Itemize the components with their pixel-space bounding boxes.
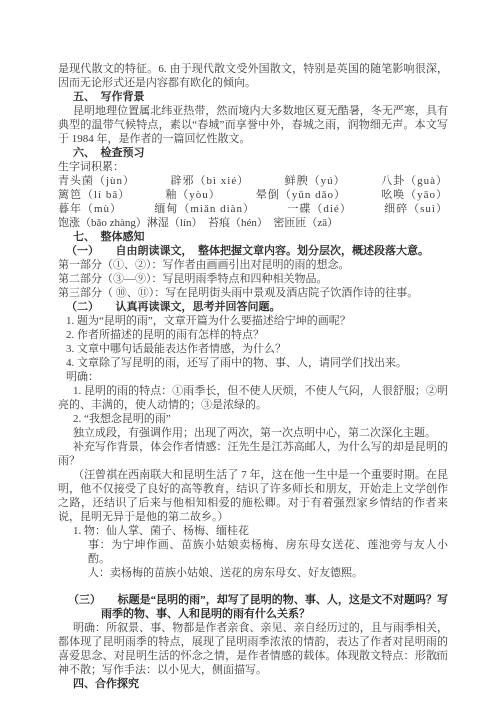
vocab-term: 鲜腴（yú） <box>285 174 346 188</box>
part-2-summary: 第二部分（③—⑨）：写昆明雨季特点和四种相关物品。 <box>58 272 448 286</box>
heading-task-2-reread: （二） 认真再读课文，思考并回答问题。 <box>58 300 448 314</box>
answer-quote-analysis: 独立成段，有强调作用；出现了两次，第一次点明中心，第二次深化主题。 <box>58 426 448 440</box>
label-vocabulary-accumulation: 生字词积累： <box>58 160 448 174</box>
answer-background-question: 补充写作背景，体会作者情感：汪先生是江苏高邮人，为什么写的却是昆明的雨？ <box>58 440 448 468</box>
answer-background-note: （汪曾祺在西南联大和昆明生活了 7 年，这在他一生中是一个重要时期。在昆明，他不… <box>58 468 448 524</box>
vocab-term: 晕倒（yūn dǎo） <box>256 188 346 202</box>
answer-events-list: 事：为宁坤作画、苗族小姑娘卖杨梅、房东母女送花、莲池旁与友人小酌。 <box>58 538 448 566</box>
heading-task-3-title-discussion: （三） 标题是“昆明的雨”，却写了昆明的物、事、人，这是文不对题吗？写雨季的物、… <box>58 593 448 621</box>
vocab-term: 一碟（dié） <box>287 202 351 216</box>
paragraph-continued-from-previous-page: 是现代散文的特征。6. 由于现代散文受外国散文，特别是英国的随笔影响很深，因而无… <box>58 62 448 90</box>
answer-people-list: 人：卖杨梅的苗族小姑娘、送花的房东母女、好友德熙。 <box>58 566 448 580</box>
vocab-row-4: 饱涨（bǎo zhàng）淋湿（lín） 苔痕（hén） 密匝匝（zā） <box>58 216 448 230</box>
answer-rain-features: 1. 昆明的雨的特点：①雨季长，但不使人厌烦，不使人气闷，人很舒服；②明亮的、丰… <box>58 384 448 412</box>
answer-task-3: 明确：所叙景、事、物都是作者亲食、亲见、亲自经历过的，且与雨季相关，都体现了昆明… <box>58 621 448 677</box>
vocab-term: 缅甸（miǎn diàn） <box>154 202 255 216</box>
vocab-row-3: 暮年（mù） 缅甸（miǎn diàn） 一碟（dié） 细碎（suì） <box>58 202 448 216</box>
heading-section-4-cooperative-inquiry: 四、合作探究 <box>58 677 448 691</box>
question-3: 3. 文章中哪句话最能表达作者情感，为什么？ <box>58 342 448 356</box>
vocab-row-1: 青头菌（jùn） 辟邪（bì xié） 鲜腴（yú） 八卦（guà） <box>58 174 448 188</box>
vocab-term: 细碎（suì） <box>384 202 448 216</box>
label-clarify: 明确： <box>58 370 448 384</box>
part-3-summary: 第三部分（ ⑩、⑪）：写在昆明街头雨中景观及酒店院子饮酒作诗的往事。 <box>58 286 448 300</box>
document-page: 是现代散文的特征。6. 由于现代散文受外国散文，特别是英国的随笔影响很深，因而无… <box>0 0 500 707</box>
vocab-term: 暮年（mù） <box>58 202 122 216</box>
vocab-term: 篱笆（lí bā） <box>58 188 130 202</box>
heading-section-6-preview-check: 六、 检查预习 <box>58 146 448 160</box>
question-2: 2. 作者所描述的昆明的雨有怎样的特点？ <box>58 328 448 342</box>
vocab-row-2: 篱笆（lí bā） 釉（yòu） 晕倒（yūn dǎo） 吆唤（yāo） <box>58 188 448 202</box>
heading-section-7-overall-perception: 七、 整体感知 <box>58 230 448 244</box>
vocab-term: 八卦（guà） <box>381 174 448 188</box>
paragraph-writing-background: 昆明地理位置属北纬亚热带，然而境内大多数地区夏无酷暑，冬无严寒，具有典型的温带气… <box>58 104 448 146</box>
answer-things-list: 1. 物：仙人掌、菌子、杨梅、缅桂花 <box>58 524 448 538</box>
part-1-summary: 第一部分（①、②）：写作者由画画引出对昆明的雨的想念。 <box>58 258 448 272</box>
blank-line <box>58 580 448 593</box>
vocab-term: 辟邪（bì xié） <box>170 174 249 188</box>
vocab-term: 釉（yòu） <box>165 188 221 202</box>
vocab-term: 吆唤（yāo） <box>381 188 448 202</box>
vocab-term: 青头菌（jùn） <box>58 174 135 188</box>
heading-section-5-writing-background: 五、 写作背景 <box>58 90 448 104</box>
question-1: 1. 题为“昆明的雨”，文章开篇为什么要描述给宁坤的画呢？ <box>58 314 448 328</box>
answer-quote-title: 2. “我想念昆明的雨” <box>58 412 448 426</box>
page-number: 2 <box>434 650 439 664</box>
heading-task-1-read-aloud: （一） 自由朗读课文， 整体把握文章内容。划分层次，概述段落大意。 <box>58 244 448 258</box>
question-4: 4. 文章除了写昆明的雨，还写了雨中的物、事、人，请同学们找出来。 <box>58 356 448 370</box>
